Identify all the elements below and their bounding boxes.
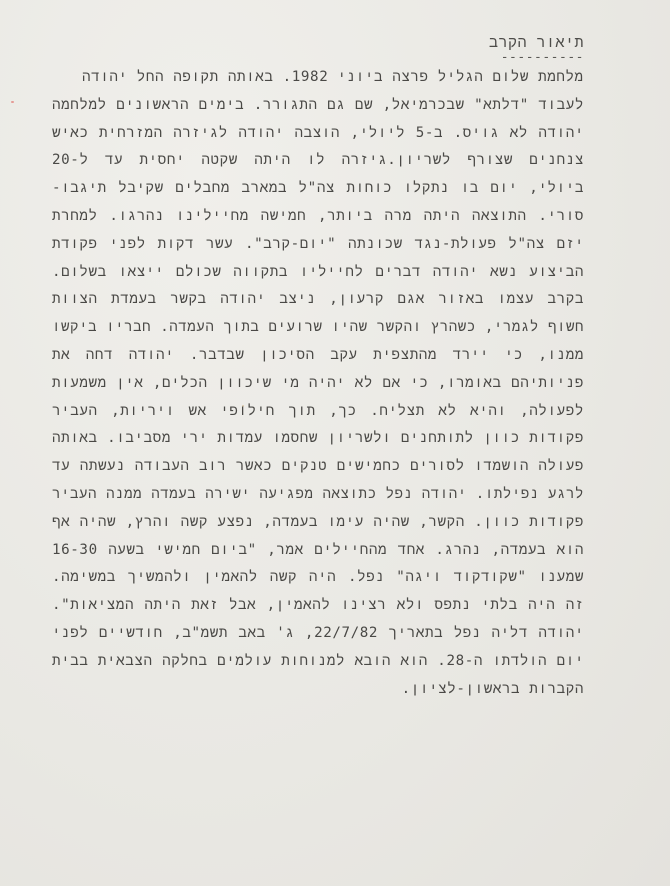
body-text: מלחמת שלום הגליל פרצה ביוני 1982. באותה … bbox=[52, 64, 584, 703]
text-line: ביולי, יום בו נתקלו כוחות צה"ל במארב מחב… bbox=[52, 175, 584, 203]
text-line: פקודות כוון לתותחנים ולשריון שחסמו עמדות… bbox=[52, 425, 584, 453]
typewritten-page: תיאור הקרב ---------- מלחמת שלום הגליל פ… bbox=[0, 0, 670, 886]
text-line: זה היה בלתי נתפס ולא רצינו להאמין, אבל ז… bbox=[52, 592, 584, 620]
text-line: פעולה הושמדו לסורים כחמישים טנקים כאשר ר… bbox=[52, 453, 584, 481]
title-underline: ---------- bbox=[489, 52, 584, 64]
text-line: יהודה דליה נפל בתאריך 22/7/82, ג' באב תש… bbox=[52, 620, 584, 648]
text-line: פניותיהם באומרו, כי אם לא יהיה מי שיכוון… bbox=[52, 370, 584, 398]
text-line: ממנו, כי יירד מהתצפית עקב הסיכון שבדבר. … bbox=[52, 342, 584, 370]
text-line: לפעולה, והיא לא תצליח. כך, תוך חילופי אש… bbox=[52, 398, 584, 426]
heading-block: תיאור הקרב ---------- bbox=[489, 32, 584, 64]
text-line: בקרב עצמו באזור אגם קרעון, ניצב יהודה בק… bbox=[52, 286, 584, 314]
text-line: פקודות כוון. הקשר, שהיה עימו בעמדה, נפצע… bbox=[52, 509, 584, 537]
text-line: חשוף לגמרי, כשהרץ והקשר שהיו שרועים בתוך… bbox=[52, 314, 584, 342]
paper-mark bbox=[11, 101, 14, 103]
text-line: הוא בעמדה, נהרג. אחד מהחיילים אמר, "ביום… bbox=[52, 537, 584, 565]
text-line: לעבוד "דלתא" שבכרמיאל, שם גם התגורר. בימ… bbox=[52, 92, 584, 120]
text-line: לרגע נפילתו. יהודה נפל כתוצאה מפגיעה ישי… bbox=[52, 481, 584, 509]
text-line: הקברות בראשון-לציון. bbox=[52, 676, 584, 704]
text-line: שמענו "שקודקוד ויגה" נפל. היה קשה להאמין… bbox=[52, 564, 584, 592]
page-title: תיאור הקרב bbox=[489, 32, 584, 52]
text-line: יזם צה"ל פעולת-נגד שכונתה "יום-קרב". עשר… bbox=[52, 231, 584, 259]
text-line: יום הולדתו ה-28. הוא הובא למנוחות עולמים… bbox=[52, 648, 584, 676]
text-line: מלחמת שלום הגליל פרצה ביוני 1982. באותה … bbox=[52, 64, 584, 92]
text-line: סורי. התוצאה היתה מרה ביותר, חמישה מחייל… bbox=[52, 203, 584, 231]
text-line: צנחנים שצורף לשריון.גיזרה לו היתה שקטה י… bbox=[52, 147, 584, 175]
text-line: הביצוע נשא יהודה דברים לחייליו בתקווה שכ… bbox=[52, 259, 584, 287]
text-line: יהודה לא גויס. ב-5 ליולי, הוצבה יהודה לג… bbox=[52, 120, 584, 148]
